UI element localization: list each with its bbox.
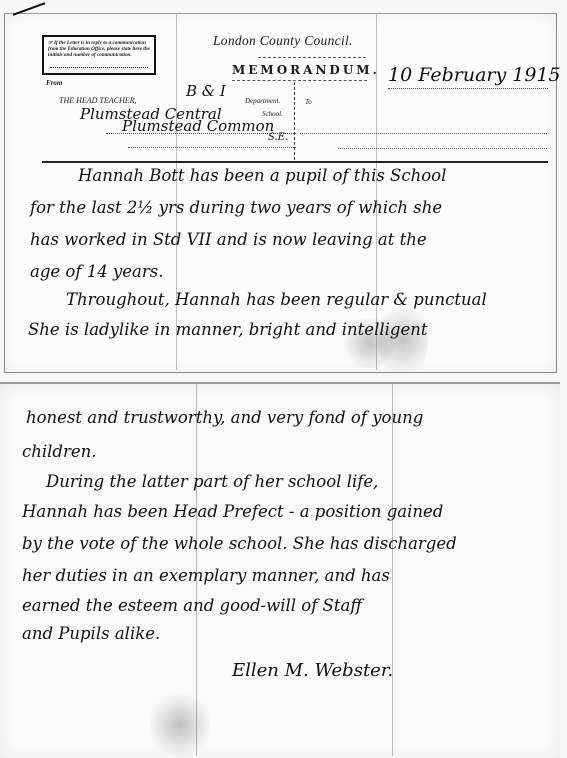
fold-line (392, 384, 393, 756)
body-line: by the vote of the whole school. She has… (22, 534, 457, 553)
ink-stain (150, 690, 210, 758)
divider (294, 82, 295, 160)
to-label: To (305, 98, 312, 106)
department-label: Department. (245, 97, 280, 105)
notice-dotted-line (50, 67, 148, 68)
notice-text: ☞ If the Letter is in reply to a communi… (48, 40, 150, 58)
divider (232, 80, 367, 81)
body-line: earned the esteem and good-will of Staff (22, 596, 362, 615)
head-teacher-label: THE HEAD TEACHER, (59, 96, 137, 105)
from-label: From (46, 79, 62, 87)
body-line: During the latter part of her school lif… (46, 472, 378, 491)
memo-title: MEMORANDUM. (232, 63, 380, 77)
body-line: and Pupils alike. (22, 624, 160, 643)
body-line: Hannah Bott has been a pupil of this Sch… (78, 166, 446, 185)
body-line: Hannah has been Head Prefect - a positio… (22, 502, 443, 521)
reply-notice-box: ☞ If the Letter is in reply to a communi… (42, 35, 156, 75)
body-line: Throughout, Hannah has been regular & pu… (66, 290, 487, 309)
body-line: She is ladylike in manner, bright and in… (28, 320, 427, 339)
body-line: for the last 2½ yrs during two years of … (30, 198, 442, 217)
body-line: has worked in Std VII and is now leaving… (30, 230, 427, 249)
body-line: her duties in an exemplary manner, and h… (22, 566, 390, 585)
organization-name: London County Council. (213, 33, 353, 49)
body-line: children. (22, 442, 97, 461)
divider (300, 133, 547, 134)
divider (388, 88, 548, 89)
divider (106, 133, 296, 134)
divider (258, 57, 366, 58)
body-line: honest and trustworthy, and very fond of… (26, 408, 423, 427)
body-divider (42, 161, 548, 163)
handwritten-department: B & I (186, 82, 226, 100)
handwritten-date: 10 February 1915 (388, 64, 561, 86)
fold-line (176, 14, 177, 370)
body-line: age of 14 years. (30, 262, 163, 281)
divider (128, 147, 296, 148)
signature: Ellen M. Webster. (232, 660, 393, 681)
divider (338, 148, 547, 149)
ink-stain (378, 300, 428, 380)
